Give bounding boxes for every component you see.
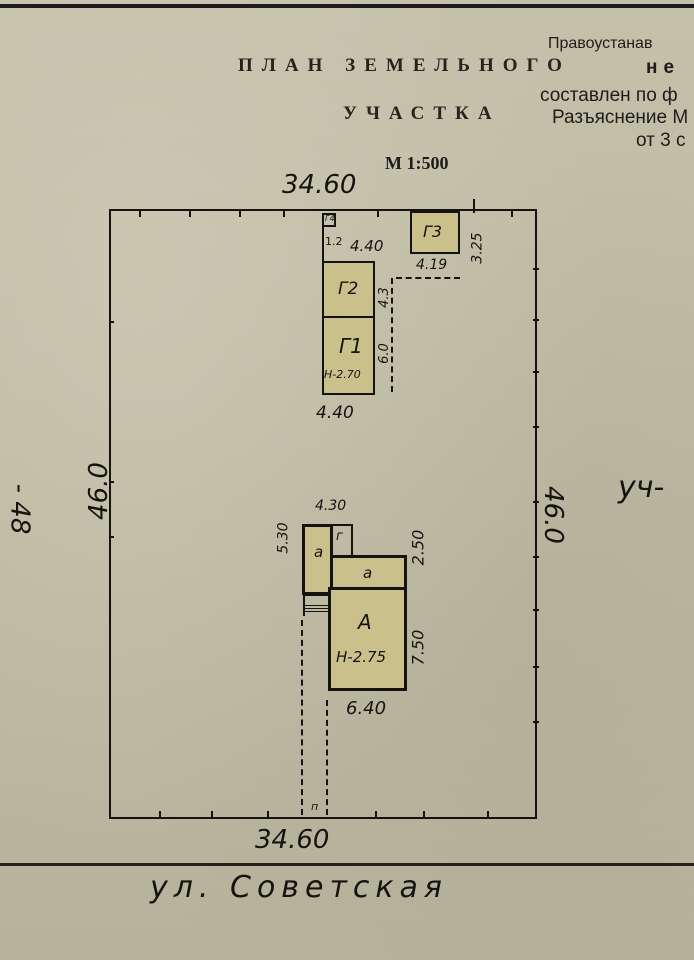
boundary-tick [109,481,114,483]
boundary-tick [487,811,489,817]
boundary-tick [533,501,539,503]
house-main-depth: 7.50 [408,630,427,666]
house-annex-a-label: а [314,543,323,561]
side-note-line-3: составлен по ф [540,86,678,106]
boundary-tick [377,211,379,217]
path-line-left [301,620,303,815]
boundary-tick [423,811,425,817]
house-annex-a1-depth: 2.50 [408,530,427,566]
boundary-tick [533,319,539,321]
house-annex-g: г [331,524,353,558]
outbuilding-g1-height: H-2.70 [324,368,361,381]
house-annex-g-label: г [336,529,343,544]
outbuilding-g4-dim: 1.2 [325,235,343,248]
boundary-tick [533,426,539,428]
outbuilding-g4-wall [322,213,324,261]
outbuilding-g2-label: Г2 [338,279,358,299]
house-annex-a1-label: а [363,564,372,582]
path-line-right [326,700,328,815]
title-line-1: ПЛАН ЗЕМЕЛЬНОГО [238,55,571,77]
map-scale: М 1:500 [385,153,448,174]
house-main-width: 6.40 [346,698,386,719]
boundary-tick [533,371,539,373]
boundary-tick [533,556,539,558]
boundary-tick [139,211,141,217]
path-marker: п [311,800,318,813]
outbuilding-g2: Г2 [322,261,375,318]
boundary-tick [283,211,285,217]
house-annex-a1: а [330,555,407,590]
house-main-label: А [358,610,372,634]
outbuilding-g4-label: Г4 [325,214,335,223]
left-neighbor-fragment: - 48 [4,484,34,535]
plot-top-length: 34.60 [282,170,356,200]
outbuilding-g1: Г1 H-2.70 [322,316,375,395]
outbuilding-g4: Г4 [322,213,336,227]
boundary-tick [109,321,114,323]
boundary-tick [267,811,269,817]
boundary-tick [375,811,377,817]
boundary-tick [159,811,161,817]
outbuilding-g1-bottom-width: 4.40 [316,403,354,423]
side-note-line-5: от 3 с [636,131,685,151]
boundary-tick [189,211,191,217]
boundary-tick [511,211,513,217]
house-main-height: H-2.75 [336,648,386,666]
boundary-tick [109,536,114,538]
boundary-tick [533,721,539,723]
plot-right-length: 46.0 [538,486,568,544]
boundary-tick [533,666,539,668]
outbuilding-g1-label: Г1 [339,334,363,358]
right-neighbor-fragment: уч- [618,470,664,505]
house-annex-a: а [302,524,333,595]
sheet-top-border [0,4,694,8]
outbuilding-g3-label: Г3 [423,222,442,241]
outbuilding-g3: Г3 [410,211,460,254]
side-note-line-4: Разъяснение М [552,108,688,128]
outbuilding-g2-depth: 4.3 [377,287,392,308]
street-name: ул. Советская [150,870,448,905]
side-note-line-2: не [646,58,680,78]
outbuilding-g1-depth: 6.0 [377,343,392,364]
dimension-tick [473,199,475,213]
outbuilding-g3-dashed-line [396,277,460,279]
boundary-tick [239,211,241,217]
title-line-2: УЧАСТКА [343,103,501,125]
outbuilding-g3-depth: 3.25 [470,232,486,263]
street-border-line [0,863,694,866]
house-annex-depth: 5.30 [276,522,292,553]
outbuilding-g3-width: 4.19 [416,257,447,273]
outbuilding-g2-top-width: 4.40 [350,237,383,255]
side-note-line-1: Правоустанав [548,34,652,54]
boundary-tick [533,268,539,270]
boundary-tick [211,811,213,817]
house-main: А H-2.75 [328,587,407,691]
boundary-tick [533,609,539,611]
house-annex-width: 4.30 [315,498,346,514]
plot-bottom-length: 34.60 [255,825,329,855]
